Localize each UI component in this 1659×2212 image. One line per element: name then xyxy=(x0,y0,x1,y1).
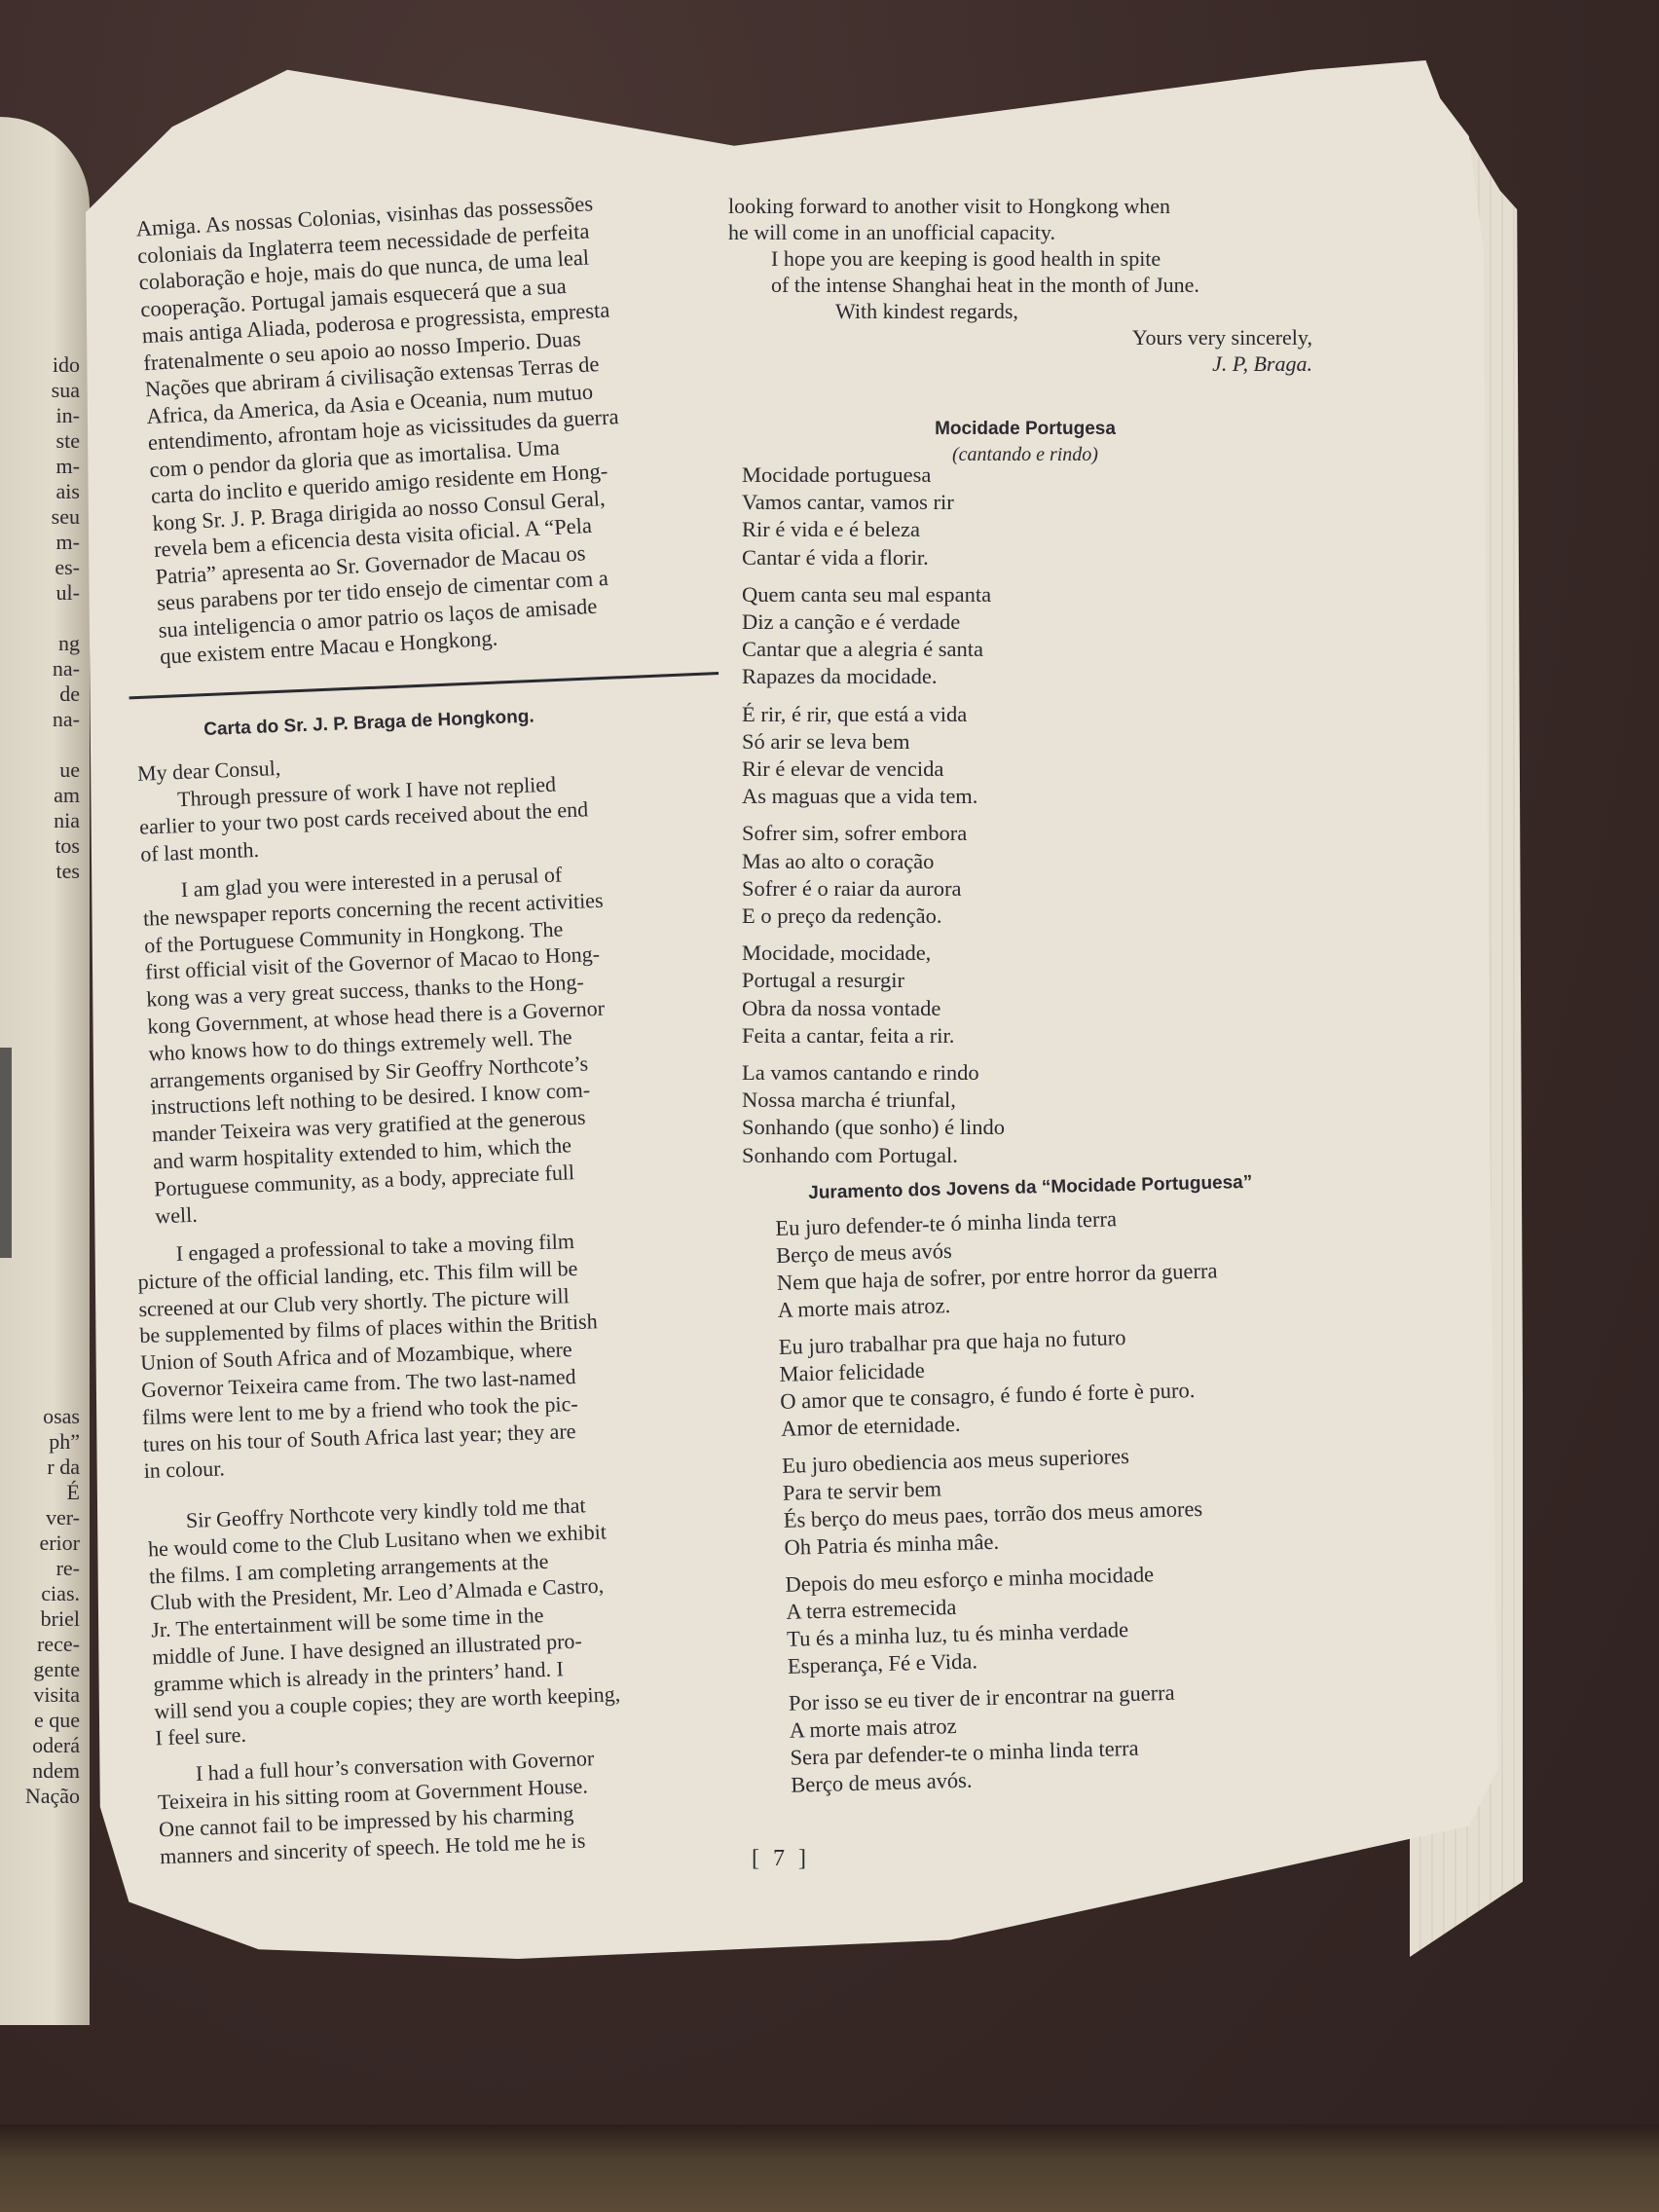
verse-line: As maguas que a vida tem. xyxy=(742,783,1005,810)
left-page-line: in- xyxy=(52,403,80,428)
left-page-text-fragments-upper: idosuain-stem-aisseum-es-ul- ngna-dena- … xyxy=(52,352,80,884)
verse-line: Sofrer sim, sofrer embora xyxy=(742,820,1005,847)
left-page-line: rece- xyxy=(25,1632,80,1657)
facing-left-page: idosuain-stem-aisseum-es-ul- ngna-dena- … xyxy=(0,117,90,2025)
left-page-line: cias. xyxy=(25,1581,80,1606)
song-stanza: Mocidade portuguesaVamos cantar, vamos r… xyxy=(742,461,1005,571)
verse-line: Cantar que a alegria é santa xyxy=(742,636,1005,663)
left-page-line: nia xyxy=(52,808,80,833)
verse-line: Mocidade, mocidade, xyxy=(742,940,1005,967)
letter-continuation-lines: looking forward to another visit to Hong… xyxy=(728,193,1322,245)
left-page-line: es- xyxy=(52,555,80,580)
verse-line: Só arir se leva bem xyxy=(742,728,1005,756)
text-line: of the intense Shanghai heat in the mont… xyxy=(728,272,1322,298)
verse-line: Vamos cantar, vamos rir xyxy=(742,489,1005,516)
letter-paragraph: I am glad you were interested in a perus… xyxy=(141,854,758,1230)
text-line: looking forward to another visit to Hong… xyxy=(728,193,1322,219)
table-surface xyxy=(0,2124,1659,2212)
letter-section-lower: Sir Geoffry Northcote very kindly told m… xyxy=(146,1485,783,1870)
left-page-line: e que xyxy=(25,1708,80,1733)
left-page-line: ul- xyxy=(52,580,80,606)
verse-line: Portugal a resurgir xyxy=(742,967,1005,994)
left-page-line: tos xyxy=(52,833,80,859)
song-title: Mocidade Portugesa xyxy=(728,416,1322,442)
letter-sign-off: Yours very sincerely, xyxy=(728,324,1322,350)
left-page-line: am xyxy=(52,783,80,808)
letter-paragraph: I engaged a professional to take a movin… xyxy=(136,1222,767,1485)
left-page-line: osas xyxy=(25,1404,80,1429)
song-stanza: É rir, é rir, que está a vidaSó arir se … xyxy=(742,701,1005,811)
song-stanza: Mocidade, mocidade,Portugal a resurgirOb… xyxy=(742,940,1005,1050)
verse-line: Mas ao alto o coração xyxy=(742,848,1005,875)
verse-line: La vamos cantando e rindo xyxy=(742,1059,1005,1087)
page-number: [ 7 ] xyxy=(752,1846,810,1872)
letter-closing-paragraph: I hope you are keeping is good health in… xyxy=(728,245,1322,298)
verse-line: Mocidade portuguesa xyxy=(742,461,1005,489)
verse-line: É rir, é rir, que está a vida xyxy=(742,701,1005,728)
left-page-photo-edge xyxy=(0,1048,12,1258)
oath-stanza: Eu juro trabalhar pra que haja no futuro… xyxy=(778,1321,1222,1443)
left-page-line: visita xyxy=(25,1682,80,1708)
song-stanza: Sofrer sim, sofrer emboraMas ao alto o c… xyxy=(742,820,1005,930)
left-page-line: ue xyxy=(52,757,80,783)
left-page-line: É xyxy=(25,1480,80,1505)
left-page-line: sua xyxy=(52,378,80,403)
letter-paragraph: Sir Geoffry Northcote very kindly told m… xyxy=(146,1485,778,1752)
song-lyrics: Mocidade portuguesaVamos cantar, vamos r… xyxy=(742,461,1005,1179)
text-line: he will come in an unofficial capacity. xyxy=(728,219,1322,245)
verse-line: Sofrer é o raiar da aurora xyxy=(742,875,1005,903)
left-page-line: na- xyxy=(52,656,80,682)
letter-closing: With kindest regards, xyxy=(728,298,1322,324)
verse-line: Nossa marcha é triunfal, xyxy=(742,1087,1005,1114)
left-page-line: tes xyxy=(52,859,80,884)
verse-line: Rapazes da mocidade. xyxy=(742,663,1005,690)
left-page-line: ndem xyxy=(25,1758,80,1784)
oath-stanza: Eu juro defender-te ó minha linda terraB… xyxy=(775,1202,1219,1324)
letter-signature: J. P, Braga. xyxy=(728,350,1322,377)
left-page-line: briel xyxy=(25,1606,80,1632)
verse-line: E o preço da redenção. xyxy=(742,903,1005,930)
portuguese-intro-paragraph: Amiga. As nossas Colonias, visinhas das … xyxy=(135,183,744,670)
left-page-text-fragments-lower: osasph”r daÉver-eriorre-cias.brielrece-g… xyxy=(25,1404,80,1809)
left-page-line: Nação xyxy=(25,1784,80,1809)
left-page-line: m- xyxy=(52,530,80,555)
verse-line: Rir é elevar de vencida xyxy=(742,756,1005,783)
left-page-line xyxy=(52,732,80,757)
left-page-line: gente xyxy=(25,1657,80,1682)
left-page-line: oderá xyxy=(25,1733,80,1758)
left-page-line: erior xyxy=(25,1530,80,1556)
verse-line: Sonhando com Portugal. xyxy=(742,1142,1005,1169)
left-page-line: m- xyxy=(52,454,80,479)
song-stanza: Quem canta seu mal espantaDiz a canção e… xyxy=(742,581,1005,691)
verse-line: Rir é vida e é beleza xyxy=(742,516,1005,543)
text-line: I hope you are keeping is good health in… xyxy=(728,245,1322,272)
left-page-line: r da xyxy=(25,1455,80,1480)
verse-line: Quem canta seu mal espanta xyxy=(742,581,1005,608)
left-page-line: ste xyxy=(52,428,80,454)
song-stanza: La vamos cantando e rindoNossa marcha é … xyxy=(742,1059,1005,1169)
left-page-line: seu xyxy=(52,504,80,530)
letter-section: Carta do Sr. J. P. Braga de Hongkong. My… xyxy=(134,687,758,1230)
letter-continuation: looking forward to another visit to Hong… xyxy=(728,193,1322,468)
left-page-line: ver- xyxy=(25,1505,80,1530)
left-page-line: re- xyxy=(25,1556,80,1581)
oath-stanza: Depois do meu esforço e minha mocidadeA … xyxy=(785,1559,1229,1680)
left-page-line xyxy=(52,606,80,631)
left-page-line: de xyxy=(52,682,80,707)
oath-stanza: Por isso se eu tiver de ir encontrar na … xyxy=(789,1677,1233,1799)
left-page-line: ido xyxy=(52,352,80,378)
verse-line: Cantar é vida a florir. xyxy=(742,544,1005,571)
verse-line: Feita a cantar, feita a rir. xyxy=(742,1022,1005,1050)
verse-line: Obra da nossa vontade xyxy=(742,995,1005,1022)
oath-verses: Eu juro defender-te ó minha linda terraB… xyxy=(775,1202,1232,1808)
verse-line: Sonhando (que sonho) é lindo xyxy=(742,1114,1005,1141)
left-page-line: na- xyxy=(52,707,80,732)
left-page-line: ph” xyxy=(25,1429,80,1455)
verse-line: Diz a canção e é verdade xyxy=(742,608,1005,636)
left-page-line: ais xyxy=(52,479,80,504)
left-page-line: ng xyxy=(52,631,80,656)
oath-stanza: Eu juro obediencia aos meus superioresPa… xyxy=(782,1440,1226,1562)
